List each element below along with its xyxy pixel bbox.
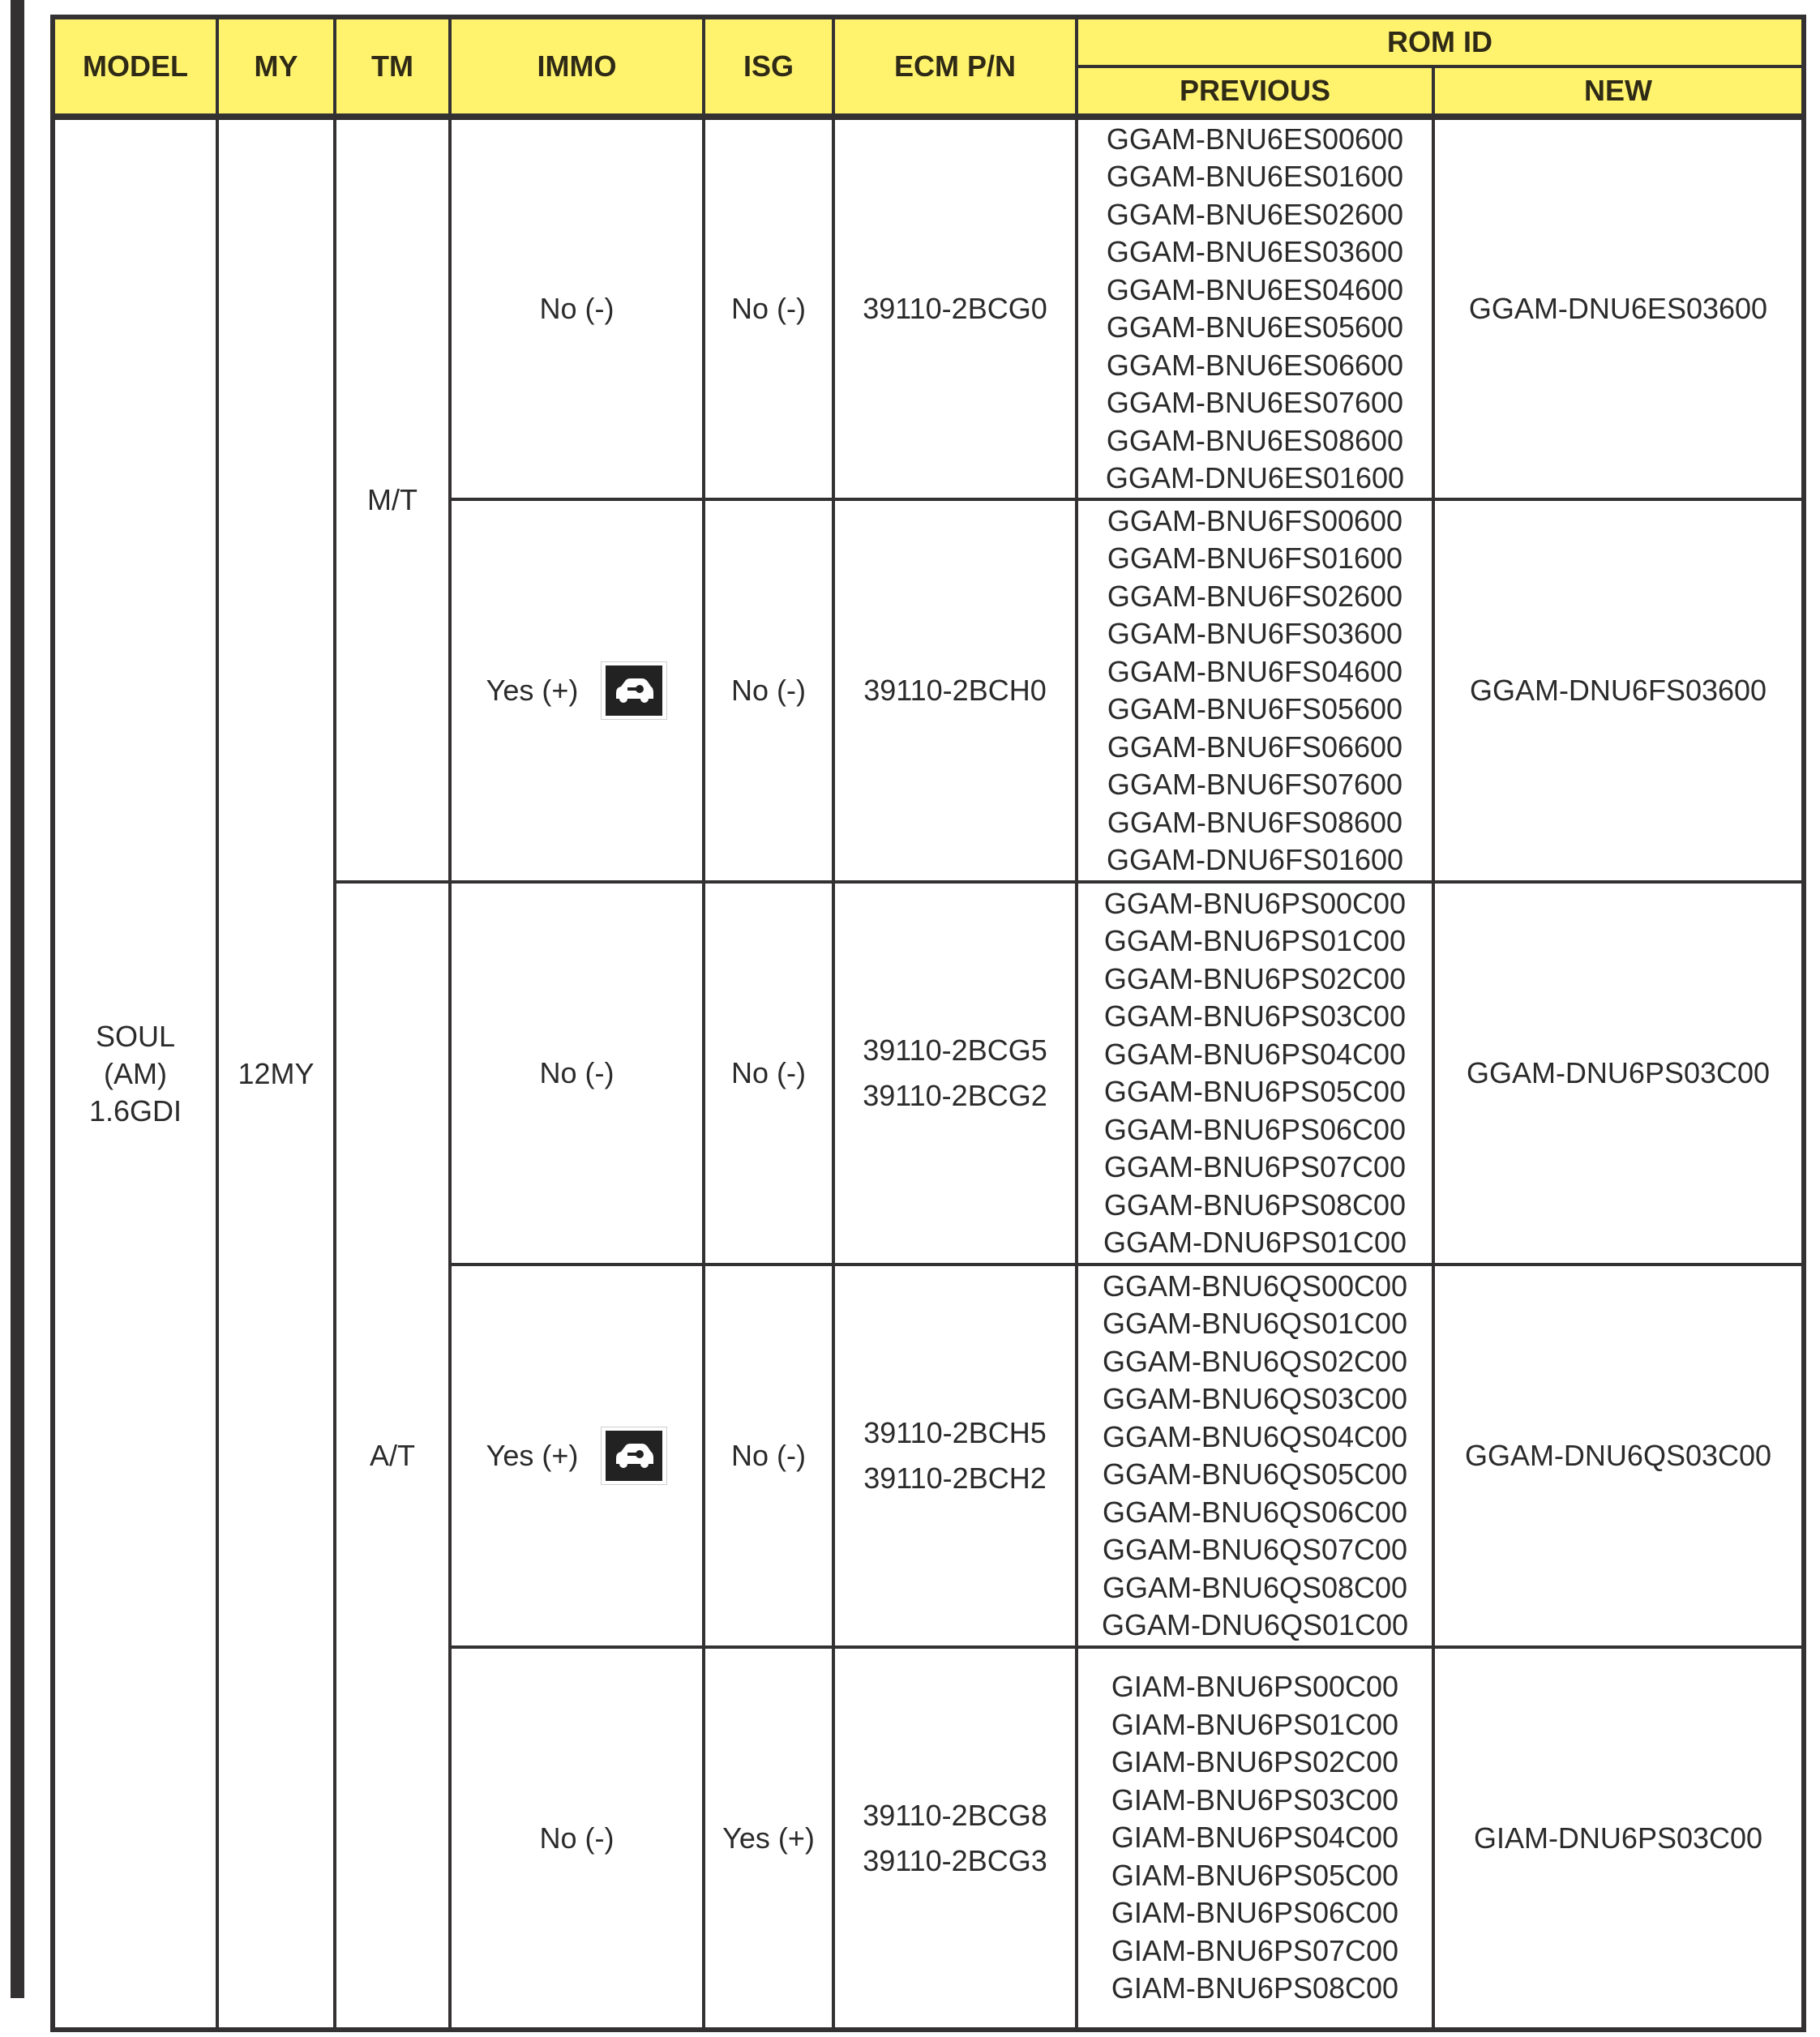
previous-rom-id: GGAM-BNU6ES04600: [1078, 272, 1432, 310]
previous-rom-id: GGAM-BNU6ES03600: [1078, 233, 1432, 272]
header-tm: TM: [335, 17, 450, 117]
previous-rom-id: GGAM-BNU6PS03C00: [1078, 998, 1432, 1036]
immo-value: Yes (+): [486, 1437, 579, 1474]
previous-rom-id: GGAM-BNU6PS01C00: [1078, 922, 1432, 961]
margin-bar: [11, 0, 24, 1998]
immo-value: No (-): [540, 1820, 615, 1857]
previous-rom-id: GGAM-BNU6QS07C00: [1078, 1531, 1432, 1569]
previous-rom-id: GGAM-BNU6FS06600: [1078, 729, 1432, 767]
new-rom-id: GGAM-DNU6ES03600: [1433, 117, 1804, 499]
previous-rom-id: GGAM-BNU6FS03600: [1078, 615, 1432, 653]
previous-rom-id: GGAM-BNU6ES00600: [1078, 121, 1432, 159]
previous-rom-id: GGAM-BNU6ES05600: [1078, 309, 1432, 347]
previous-rom-id: GIAM-BNU6PS05C00: [1078, 1857, 1432, 1895]
model-line: SOUL: [55, 1018, 216, 1055]
previous-rom-id: GGAM-BNU6FS08600: [1078, 804, 1432, 842]
previous-rom-id: GGAM-BNU6QS04C00: [1078, 1419, 1432, 1457]
ecm-pn: 39110-2BCH5: [835, 1410, 1075, 1456]
isg-cell: No (-): [704, 882, 833, 1265]
previous-rom-id: GGAM-BNU6QS08C00: [1078, 1569, 1432, 1607]
previous-rom-id: GGAM-BNU6ES07600: [1078, 384, 1432, 422]
header-new: NEW: [1433, 66, 1804, 117]
ecm-pn-cell: 39110-2BCH539110-2BCH2: [833, 1265, 1077, 1647]
previous-rom-id: GGAM-BNU6FS04600: [1078, 653, 1432, 691]
ecm-pn: 39110-2BCG5: [835, 1028, 1075, 1073]
previous-rom-id-cell: GGAM-BNU6QS00C00GGAM-BNU6QS01C00GGAM-BNU…: [1077, 1265, 1433, 1647]
previous-rom-id: GGAM-BNU6QS00C00: [1078, 1268, 1432, 1306]
new-rom-id: GGAM-DNU6PS03C00: [1433, 882, 1804, 1265]
header-model: MODEL: [53, 17, 217, 117]
previous-rom-id: GGAM-BNU6QS05C00: [1078, 1456, 1432, 1494]
previous-rom-id: GIAM-BNU6PS02C00: [1078, 1744, 1432, 1782]
previous-rom-id: GGAM-BNU6FS05600: [1078, 691, 1432, 729]
ecm-pn: 39110-2BCG0: [835, 286, 1075, 332]
previous-rom-id: GGAM-BNU6ES08600: [1078, 422, 1432, 460]
immo-cell: Yes (+): [450, 1265, 704, 1647]
previous-rom-id: GIAM-BNU6PS00C00: [1078, 1668, 1432, 1706]
model-cell: SOUL(AM)1.6GDI: [53, 117, 217, 2030]
previous-rom-id: GGAM-BNU6FS07600: [1078, 766, 1432, 804]
previous-rom-id: GIAM-BNU6PS06C00: [1078, 1894, 1432, 1932]
previous-rom-id: GIAM-BNU6PS03C00: [1078, 1782, 1432, 1820]
previous-rom-id: GIAM-BNU6PS07C00: [1078, 1932, 1432, 1971]
previous-rom-id: GGAM-BNU6ES01600: [1078, 158, 1432, 196]
previous-rom-id: GGAM-BNU6QS02C00: [1078, 1343, 1432, 1381]
immo-value: No (-): [540, 290, 615, 327]
previous-rom-id: GGAM-BNU6PS00C00: [1078, 885, 1432, 923]
new-rom-id: GGAM-DNU6QS03C00: [1433, 1265, 1804, 1647]
ecm-pn: 39110-2BCG2: [835, 1073, 1075, 1119]
header-ecm-pn: ECM P/N: [833, 17, 1077, 117]
previous-rom-id: GGAM-BNU6QS03C00: [1078, 1380, 1432, 1419]
previous-rom-id: GGAM-BNU6FS00600: [1078, 503, 1432, 541]
previous-rom-id: GGAM-BNU6PS06C00: [1078, 1111, 1432, 1149]
header-rom-id: ROM ID: [1077, 17, 1804, 66]
previous-rom-id-cell: GGAM-BNU6PS00C00GGAM-BNU6PS01C00GGAM-BNU…: [1077, 882, 1433, 1265]
ecm-pn: 39110-2BCG8: [835, 1793, 1075, 1838]
previous-rom-id: GIAM-BNU6PS08C00: [1078, 1970, 1432, 2008]
previous-rom-id: GGAM-BNU6PS02C00: [1078, 961, 1432, 999]
previous-rom-id: GGAM-DNU6PS01C00: [1078, 1224, 1432, 1262]
immo-cell: No (-): [450, 117, 704, 499]
header-previous: PREVIOUS: [1077, 66, 1433, 117]
ecm-pn-cell: 39110-2BCG539110-2BCG2: [833, 882, 1077, 1265]
immo-cell: No (-): [450, 1647, 704, 2030]
tm-cell: M/T: [335, 117, 450, 882]
immo-value: No (-): [540, 1055, 615, 1092]
previous-rom-id: GGAM-BNU6PS07C00: [1078, 1149, 1432, 1187]
my-cell: 12MY: [217, 117, 335, 2030]
header-isg: ISG: [704, 17, 833, 117]
previous-rom-id: GGAM-BNU6QS01C00: [1078, 1305, 1432, 1343]
previous-rom-id: GGAM-BNU6PS04C00: [1078, 1036, 1432, 1074]
immo-cell: No (-): [450, 882, 704, 1265]
previous-rom-id: GGAM-BNU6PS05C00: [1078, 1073, 1432, 1111]
previous-rom-id: GIAM-BNU6PS01C00: [1078, 1706, 1432, 1744]
isg-cell: No (-): [704, 499, 833, 882]
new-rom-id: GGAM-DNU6FS03600: [1433, 499, 1804, 882]
header-immo: IMMO: [450, 17, 704, 117]
isg-cell: Yes (+): [704, 1647, 833, 2030]
previous-rom-id: GGAM-BNU6FS02600: [1078, 578, 1432, 616]
isg-cell: No (-): [704, 1265, 833, 1647]
previous-rom-id: GGAM-BNU6FS01600: [1078, 540, 1432, 578]
model-line: 1.6GDI: [55, 1093, 216, 1130]
previous-rom-id-cell: GIAM-BNU6PS00C00GIAM-BNU6PS01C00GIAM-BNU…: [1077, 1647, 1433, 2030]
immo-cell: Yes (+): [450, 499, 704, 882]
model-line: (AM): [55, 1055, 216, 1093]
previous-rom-id: GGAM-BNU6PS08C00: [1078, 1187, 1432, 1225]
previous-rom-id-cell: GGAM-BNU6FS00600GGAM-BNU6FS01600GGAM-BNU…: [1077, 499, 1433, 882]
previous-rom-id-cell: GGAM-BNU6ES00600GGAM-BNU6ES01600GGAM-BNU…: [1077, 117, 1433, 499]
table-row: SOUL(AM)1.6GDI12MYM/TNo (-)No (-)39110-2…: [53, 117, 1804, 499]
previous-rom-id: GGAM-BNU6ES06600: [1078, 347, 1432, 385]
previous-rom-id: GGAM-DNU6FS01600: [1078, 841, 1432, 879]
tm-cell: A/T: [335, 882, 450, 2030]
car-key-immobilizer-icon: [601, 1427, 667, 1485]
immo-value: Yes (+): [486, 672, 579, 709]
car-key-immobilizer-icon: [601, 661, 667, 720]
ecm-pn-cell: 39110-2BCG0: [833, 117, 1077, 499]
ecm-pn-cell: 39110-2BCG839110-2BCG3: [833, 1647, 1077, 2030]
ecm-pn: 39110-2BCH2: [835, 1456, 1075, 1501]
header-my: MY: [217, 17, 335, 117]
previous-rom-id: GGAM-BNU6ES02600: [1078, 196, 1432, 234]
new-rom-id: GIAM-DNU6PS03C00: [1433, 1647, 1804, 2030]
isg-cell: No (-): [704, 117, 833, 499]
ecm-pn: 39110-2BCG3: [835, 1838, 1075, 1884]
ecm-pn-cell: 39110-2BCH0: [833, 499, 1077, 882]
rom-id-table: MODEL MY TM IMMO ISG ECM P/N ROM ID PREV…: [50, 15, 1806, 2032]
previous-rom-id: GIAM-BNU6PS04C00: [1078, 1819, 1432, 1857]
ecm-pn: 39110-2BCH0: [835, 668, 1075, 713]
previous-rom-id: GGAM-DNU6QS01C00: [1078, 1607, 1432, 1645]
previous-rom-id: GGAM-DNU6ES01600: [1078, 460, 1432, 498]
previous-rom-id: GGAM-BNU6QS06C00: [1078, 1494, 1432, 1532]
